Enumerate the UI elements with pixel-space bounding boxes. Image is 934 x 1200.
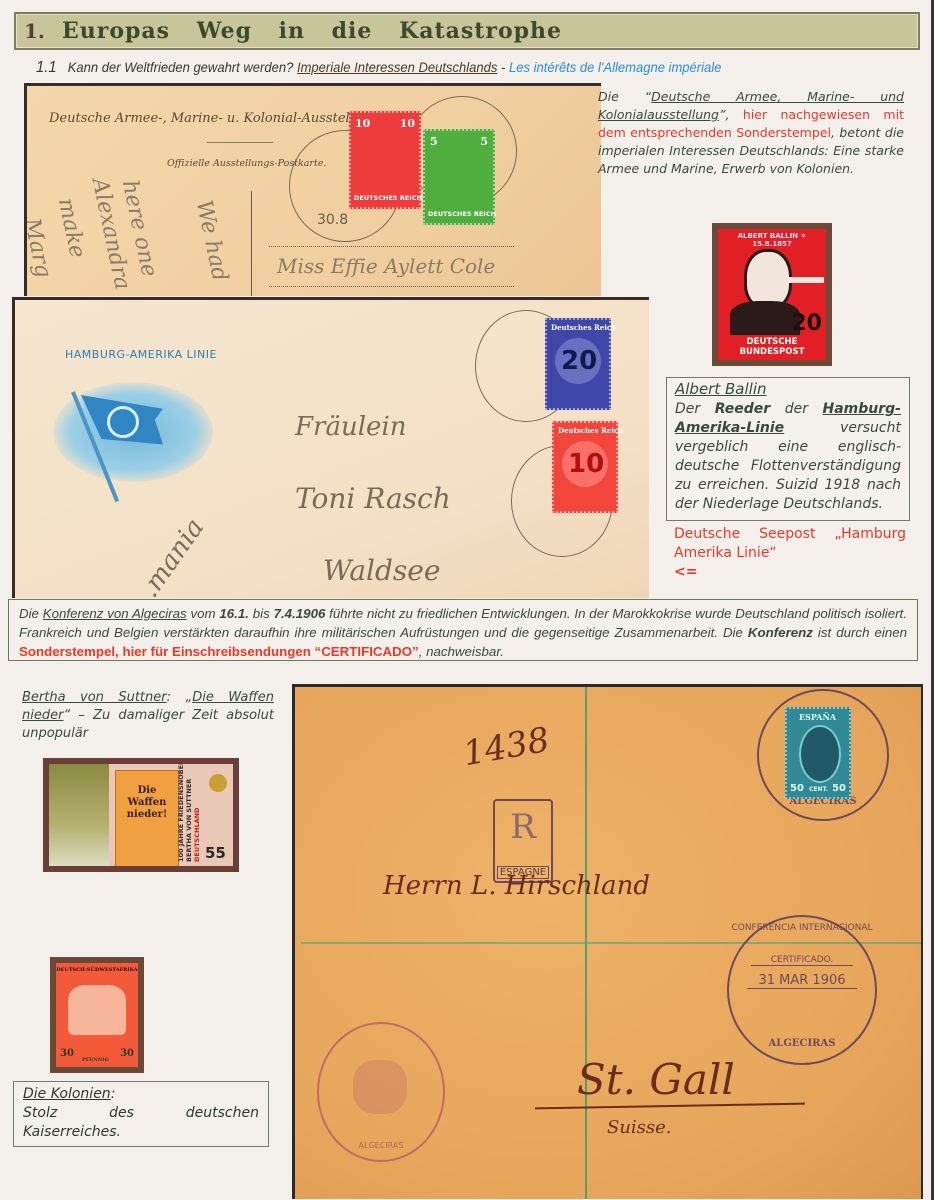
colonies-box: Die Kolonien: Stolz des deutschen Kaiser… [13,1081,269,1147]
company-heading: HAMBURG-AMERIKA LINIE [65,348,217,361]
albert-ballin-stamp: ALBERT BALLIN ✶ 15.8.1857 20 DEUTSCHE BU… [712,223,832,366]
postmark-date: 30.8 [317,212,348,228]
address-line [269,246,514,247]
section-topic-fr: Les intérêts de l'Allemagne impériale [509,59,721,75]
postcard-heading: Deutsche Armee-, Marine- u. Kolonial-Aus… [49,111,379,126]
anchor-emblem-icon [107,406,139,438]
germania-5-stamp: 5 5 DEUTSCHES REICH [423,129,495,225]
portrait [49,764,109,866]
king-portrait [799,725,841,783]
hapag-cover: HAMBURG-AMERIKA LINIE Fräulein Toni Rasc… [12,297,649,598]
page-title: Europas Weg in die Katastrophe [62,18,562,44]
suttner-caption: Bertha von Suttner: „Die Waffen nieder“ … [22,689,274,743]
south-west-africa-stamp: DEUTSCH-SÜDWESTAFRIKA 30 PFENNIG 30 [50,957,144,1073]
message-handwriting-line: Marg [24,216,56,280]
seepost-note: Deutsche Seepost „Hamburg Amerika Linie“… [674,525,906,582]
consulate-seal: ALGECIRAS [317,1022,445,1162]
page-title-banner: 1. Europas Weg in die Katastrophe [14,12,920,50]
side-note: ...mania [125,513,210,598]
book-cover: Die Waffen nieder! [115,770,179,866]
conference-name: Konferenz von Algeciras [43,606,187,621]
section-topic: Imperiale Interessen Deutschlands [297,59,497,75]
divider [207,142,273,143]
suttner-stamp: Die Waffen nieder! 100 JAHRE FRIEDENSNOB… [43,758,239,872]
reich-10-stamp: Deutsches Reich 10 [552,421,618,513]
reich-20-stamp: Deutsches Reich 20 [545,318,611,410]
portrait [744,249,792,309]
germania-10-stamp: 10 10 DEUTSCHES REICH [349,111,421,209]
message-handwriting-line: make [53,196,90,260]
ship [788,277,824,283]
algeciras-registered-cover: 1438 R ESPAGNE Herrn L. Hirschland St. G… [292,684,923,1199]
imperial-eagle-icon [353,1060,407,1114]
chapter-number: 1. [24,19,45,43]
ballin-info-box: Albert Ballin Der Reeder der Hamburg-Ame… [666,377,910,521]
address-line [269,286,514,287]
addressee: Herrn L. Hirschland [383,871,650,901]
section-number: 1.1 [36,59,57,76]
divider [251,191,252,296]
address-line: Fräulein [295,412,406,442]
address-line: Toni Rasch [295,482,451,515]
nobel-medal-icon [209,774,227,792]
arrow-left-icon: <= [674,564,697,580]
spain-50-cent-stamp: ESPAÑA 50 CENT. 50 [785,707,851,799]
exhibition-description: Die “Deutsche Armee, Marine- und Kolonia… [598,88,904,178]
address-city: St. Gall [577,1055,735,1104]
section-subtitle: 1.1 Kann der Weltfrieden gewahrt werden?… [36,59,721,77]
section-question: Kann der Weltfrieden gewahrt werden? [68,59,294,75]
address-line: Waldsee [323,554,440,587]
message-handwriting-line: We had [191,198,233,284]
registration-number: 1438 [460,720,552,774]
address-country: Suisse. [607,1117,672,1138]
certificado-postmark: CONFERENCIA INTERNACIONAL CERTIFICADO. 3… [727,915,877,1065]
ballin-title: Albert Ballin [675,380,767,398]
address-handwriting: Miss Effie Aylett Cole [277,254,495,278]
exhibition-postcard: Deutsche Armee-, Marine- u. Kolonial-Aus… [24,83,601,296]
separator: - [501,59,505,75]
algeciras-description-box: Die Konferenz von Algeciras vom 16.1. bi… [8,599,918,661]
portrait-coat [730,301,800,335]
yacht-hohenzollern-icon [68,985,126,1035]
